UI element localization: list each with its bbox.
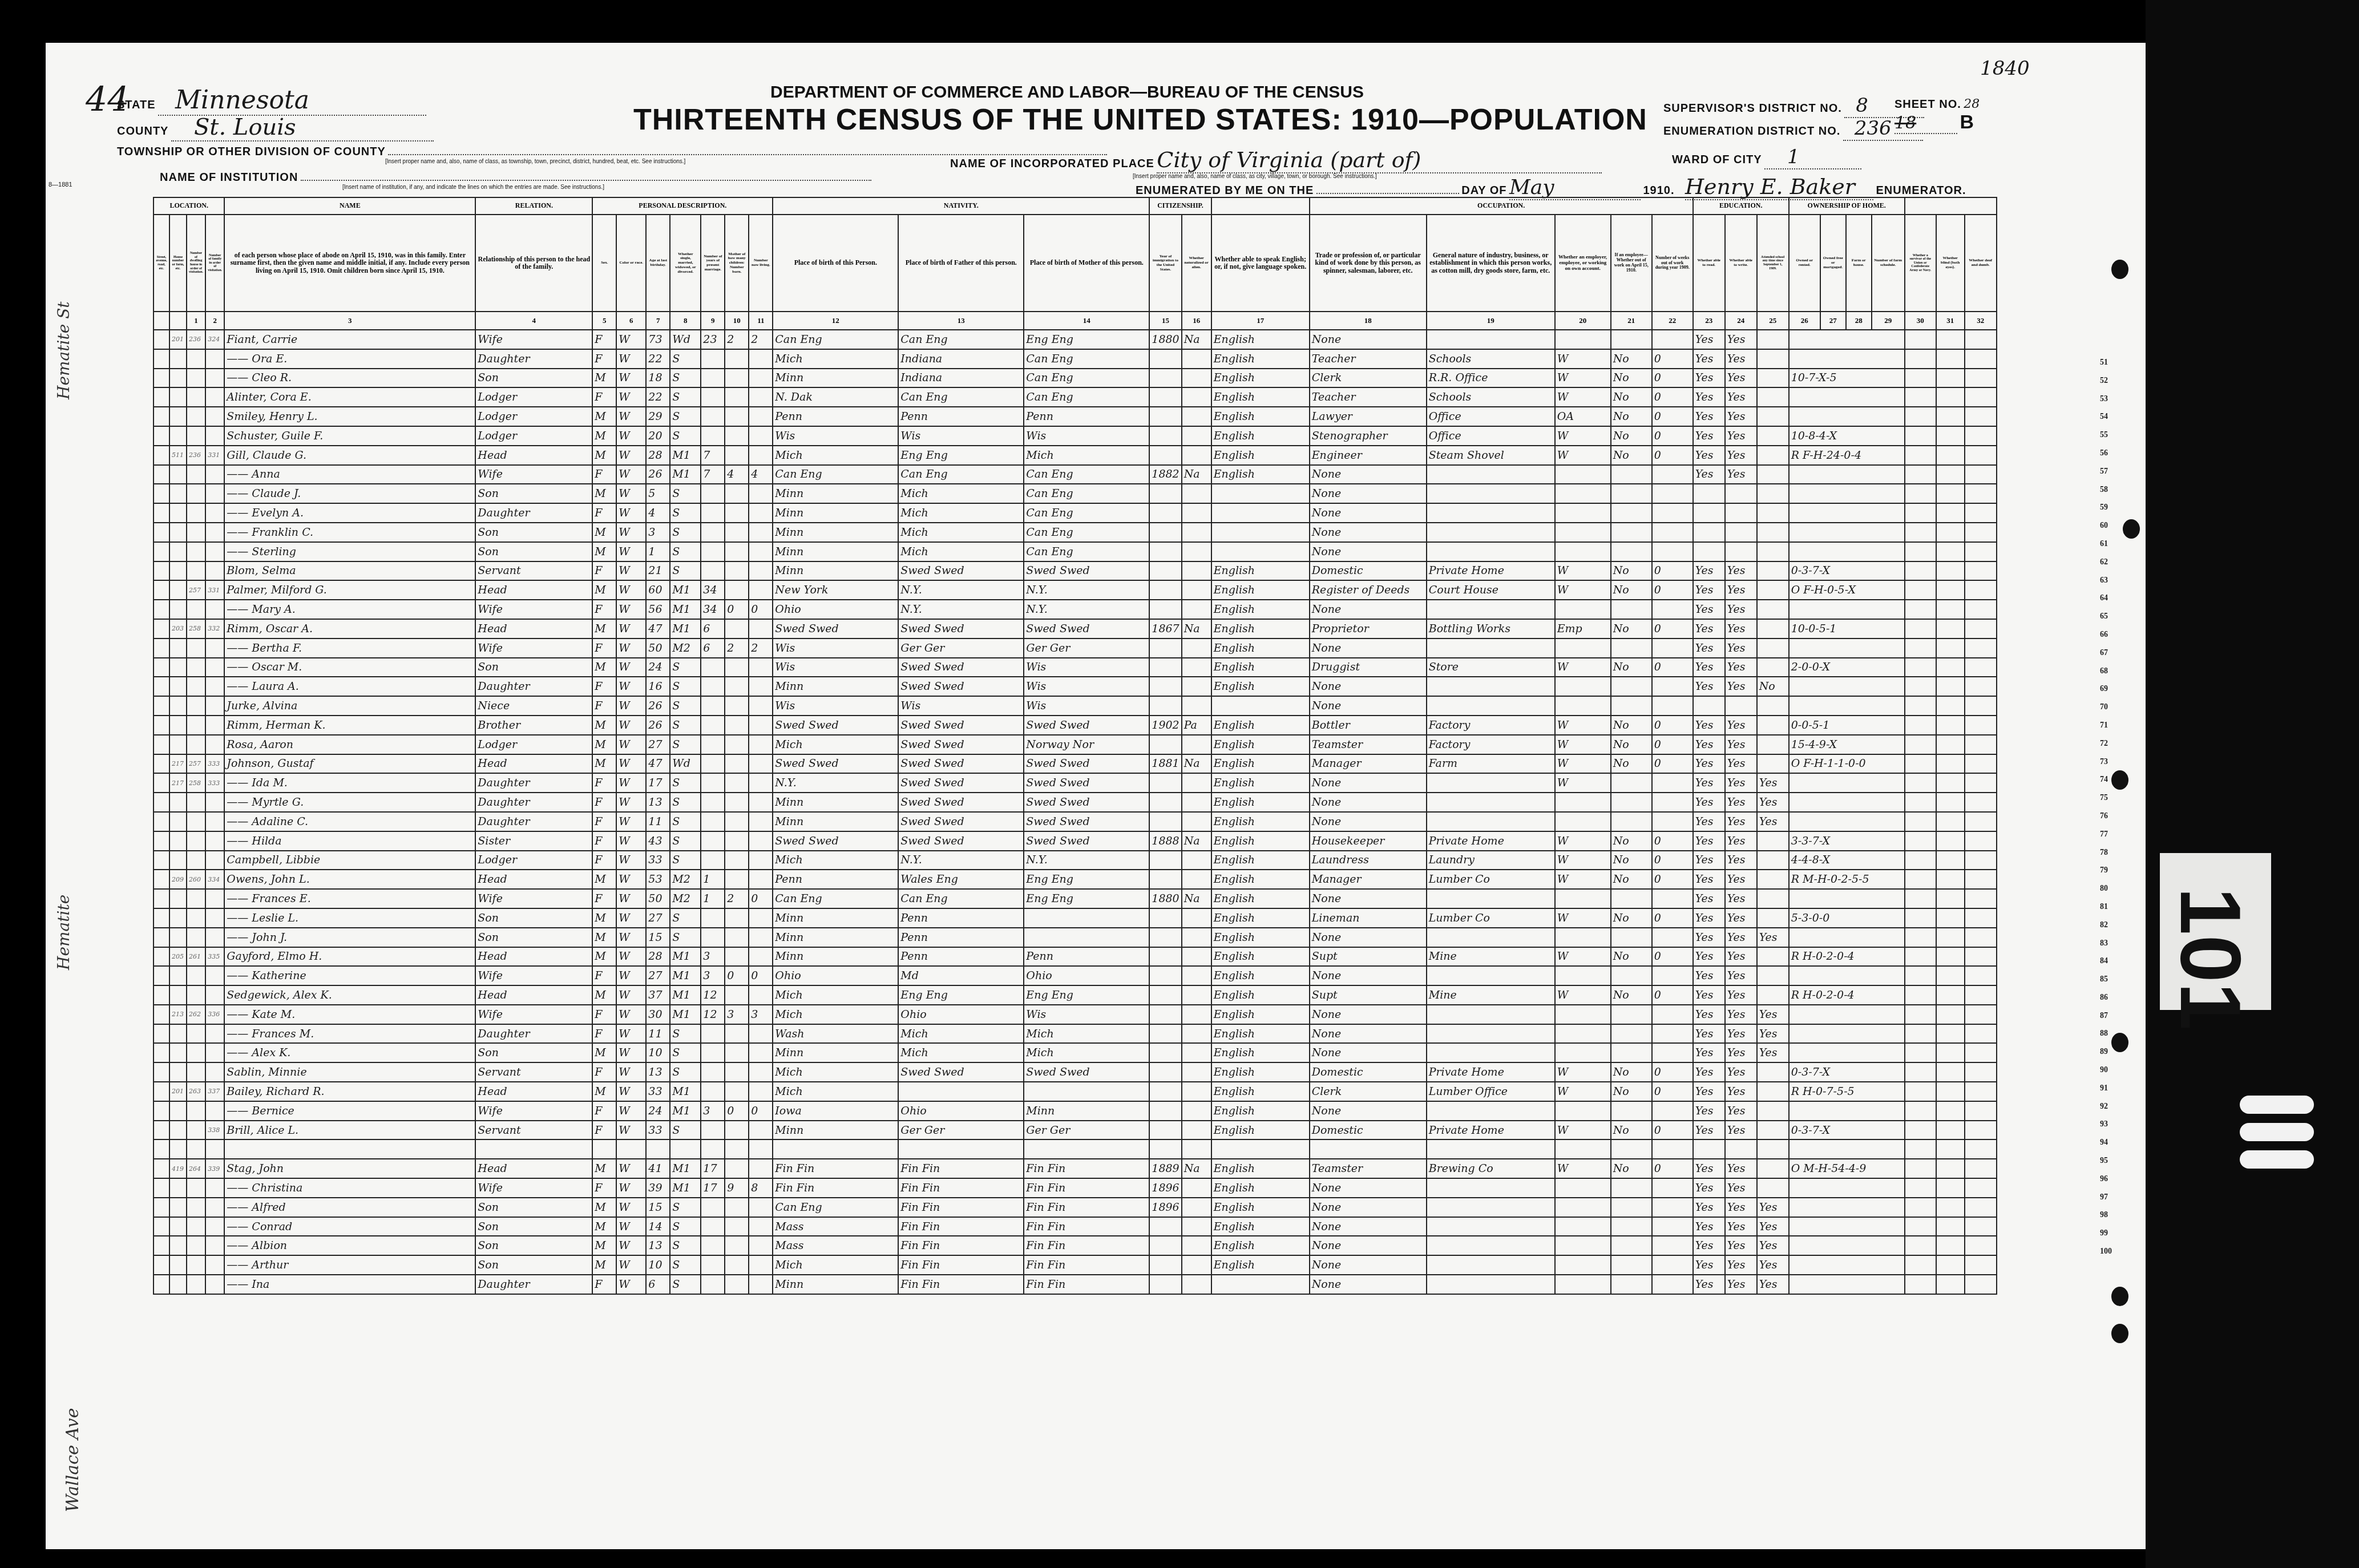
cell-born xyxy=(725,1255,749,1275)
cell-empty xyxy=(1965,465,1997,484)
cell-school: Yes xyxy=(1757,1024,1789,1044)
line-number: 79 xyxy=(2100,862,2134,880)
cell-industry: R.R. Office xyxy=(1427,369,1555,388)
cell-birth: Can Eng xyxy=(773,889,898,908)
cell-trade: None xyxy=(1310,1101,1427,1121)
cell-industry xyxy=(1427,1198,1555,1217)
cell-born xyxy=(725,387,749,407)
cell-natur xyxy=(1182,1236,1211,1255)
supervisor-district-field: SUPERVISOR'S DISTRICT NO. 8 xyxy=(1663,94,1924,118)
col-out-of-work-header: If an employee—Whether out of work on Ap… xyxy=(1611,215,1652,312)
cell-emp: W xyxy=(1555,1082,1611,1101)
cell-home: 0-3-7-X xyxy=(1789,561,1905,581)
cell-race: W xyxy=(616,1024,646,1044)
cell-read: Yes xyxy=(1693,966,1725,985)
cell-write: Yes xyxy=(1725,1121,1757,1140)
cell-write: Yes xyxy=(1725,561,1757,581)
cell-weeks xyxy=(1652,600,1693,619)
col-school-header: Attended school any time since September… xyxy=(1757,215,1789,312)
cell-immig: 1896 xyxy=(1149,1198,1181,1217)
cell-living: 0 xyxy=(749,600,773,619)
cell-read xyxy=(1693,503,1725,523)
punch-hole xyxy=(2123,519,2140,539)
cell-relation: Son xyxy=(475,369,592,388)
cell-empty xyxy=(1936,407,1965,426)
table-row: 338Brill, Alice L.ServantFW33SMinnGer Ge… xyxy=(154,1121,1997,1140)
cell-birth: Minn xyxy=(773,542,898,561)
colnum: 10 xyxy=(725,312,749,330)
cell-home xyxy=(1789,889,1905,908)
cell-industry: Private Home xyxy=(1427,1062,1555,1082)
cell-english: English xyxy=(1211,1005,1310,1024)
cell-mother: Penn xyxy=(1024,407,1149,426)
cell-home xyxy=(1789,638,1905,658)
cell-immig xyxy=(1149,1043,1181,1062)
cell-relation: Lodger xyxy=(475,735,592,754)
cell-living xyxy=(749,387,773,407)
cell-trade: None xyxy=(1310,696,1427,716)
cell-write: Yes xyxy=(1725,407,1757,426)
cell-birth: Minn xyxy=(773,1043,898,1062)
table-row: Campbell, LibbieLodgerFW33SMichN.Y.N.Y.E… xyxy=(154,851,1997,870)
cell-birth: Mich xyxy=(773,1255,898,1275)
cell-trade: Housekeeper xyxy=(1310,831,1427,851)
cell-relation: Son xyxy=(475,928,592,947)
cell-age: 14 xyxy=(646,1217,670,1236)
cell-house xyxy=(169,426,187,446)
cell-name: —— Claude J. xyxy=(224,484,475,503)
cell-home: O F-H-1-1-0-0 xyxy=(1789,754,1905,774)
cell-empty xyxy=(1936,561,1965,581)
cell-race: W xyxy=(616,851,646,870)
cell-english: English xyxy=(1211,619,1310,638)
table-row: —— KatherineWifeFW27M1300OhioMdOhioEngli… xyxy=(154,966,1997,985)
cell-out xyxy=(1611,1198,1652,1217)
col-house-number-header: House number or farm, etc. xyxy=(169,215,187,312)
cell-weeks: 0 xyxy=(1652,1062,1693,1082)
cell-relation: Daughter xyxy=(475,1024,592,1044)
cell-race: W xyxy=(616,619,646,638)
cell-father: Fin Fin xyxy=(898,1198,1024,1217)
cell-industry xyxy=(1427,484,1555,503)
cell-home xyxy=(1789,542,1905,561)
cell-empty xyxy=(1936,851,1965,870)
cell-english: English xyxy=(1211,870,1310,889)
cell-relation: Wife xyxy=(475,1101,592,1121)
cell-years-married xyxy=(701,754,725,774)
cell-family xyxy=(205,561,224,581)
cell-out: No xyxy=(1611,1082,1652,1101)
cell-family xyxy=(205,928,224,947)
cell-living xyxy=(749,1159,773,1178)
cell-weeks: 0 xyxy=(1652,985,1693,1005)
colnum: 27 xyxy=(1820,312,1846,330)
cell-write: Yes xyxy=(1725,426,1757,446)
cell-years-married xyxy=(701,1024,725,1044)
cell-father: N.Y. xyxy=(898,580,1024,600)
cell-empty xyxy=(154,831,169,851)
group-relation: RELATION. xyxy=(475,197,592,215)
cell-weeks: 0 xyxy=(1652,947,1693,967)
cell-emp: W xyxy=(1555,985,1611,1005)
cell-empty xyxy=(1936,1217,1965,1236)
cell-out xyxy=(1611,1005,1652,1024)
cell-empty xyxy=(1965,369,1997,388)
cell-out: No xyxy=(1611,908,1652,928)
margin-street-note: Hematite xyxy=(54,895,73,970)
cell-born: 2 xyxy=(725,330,749,349)
cell-emp xyxy=(1555,1178,1611,1198)
cell-english: English xyxy=(1211,1082,1310,1101)
table-row: 203258332Rimm, Oscar A.HeadMW47M16Swed S… xyxy=(154,619,1997,638)
cell-father: Fin Fin xyxy=(898,1275,1024,1294)
punch-hole xyxy=(2111,1287,2128,1306)
cell-immig xyxy=(1149,600,1181,619)
cell-immig xyxy=(1149,1217,1181,1236)
cell-empty xyxy=(1965,1043,1997,1062)
cell-home xyxy=(1789,793,1905,812)
cell-birth: Minn xyxy=(773,1275,898,1294)
sheet-number: 28 xyxy=(1964,97,1980,111)
cell-family xyxy=(205,793,224,812)
cell-dwelling xyxy=(187,1043,205,1062)
cell-race: W xyxy=(616,407,646,426)
cell-born xyxy=(725,349,749,369)
cell-house xyxy=(169,696,187,716)
col-veteran-header: Whether a survivor of the Union or Confe… xyxy=(1905,215,1936,312)
cell-english: English xyxy=(1211,793,1310,812)
cell-sex: F xyxy=(592,793,616,812)
cell-english: English xyxy=(1211,561,1310,581)
col-race-header: Color or race. xyxy=(616,215,646,312)
cell-born xyxy=(725,542,749,561)
cell-industry xyxy=(1427,1217,1555,1236)
cell-emp xyxy=(1555,812,1611,831)
cell-father: Penn xyxy=(898,947,1024,967)
cell-relation: Son xyxy=(475,523,592,542)
cell-age: 3 xyxy=(646,523,670,542)
cell-house xyxy=(169,1121,187,1140)
cell-empty xyxy=(1936,928,1965,947)
cell-relation: Brother xyxy=(475,716,592,735)
cell-years-married: 23 xyxy=(701,330,725,349)
cell-born xyxy=(725,851,749,870)
cell-living xyxy=(749,446,773,465)
cell-marital: M1 xyxy=(670,1178,701,1198)
group-occupation: OCCUPATION. xyxy=(1310,197,1693,215)
cell-empty xyxy=(154,523,169,542)
cell-empty xyxy=(1965,1275,1997,1294)
cell-born xyxy=(725,793,749,812)
table-row: —— Alex K.SonMW10SMinnMichMichEnglishNon… xyxy=(154,1043,1997,1062)
group-education: EDUCATION. xyxy=(1693,197,1789,215)
cell-industry: Court House xyxy=(1427,580,1555,600)
cell-empty xyxy=(154,369,169,388)
table-row: —— InaDaughterFW6SMinnFin FinFin FinNone… xyxy=(154,1275,1997,1294)
col-industry-header: General nature of industry, business, or… xyxy=(1427,215,1555,312)
col-relation-header: Relationship of this person to the head … xyxy=(475,215,592,312)
cell-write: Yes xyxy=(1725,465,1757,484)
cell-trade: Clerk xyxy=(1310,1082,1427,1101)
cell-race: W xyxy=(616,369,646,388)
cell-immig xyxy=(1149,387,1181,407)
cell-read: Yes xyxy=(1693,1121,1725,1140)
supervisor-label: SUPERVISOR'S DISTRICT NO. xyxy=(1663,102,1842,115)
cell-write: Yes xyxy=(1725,600,1757,619)
cell-marital: S xyxy=(670,851,701,870)
cell-living: 0 xyxy=(749,1101,773,1121)
cell-father: Swed Swed xyxy=(898,619,1024,638)
cell-school xyxy=(1757,696,1789,716)
cell-empty xyxy=(1905,870,1936,889)
cell-mother: Eng Eng xyxy=(1024,870,1149,889)
cell-empty xyxy=(1965,638,1997,658)
cell-marital: Wd xyxy=(670,330,701,349)
cell-name: —— Ida M. xyxy=(224,773,475,793)
cell-birth: Swed Swed xyxy=(773,716,898,735)
cell-house xyxy=(169,1101,187,1121)
cell-trade: Register of Deeds xyxy=(1310,580,1427,600)
cell-home: 0-3-7-X xyxy=(1789,1121,1905,1140)
table-row: 217258333—— Ida M.DaughterFW17SN.Y.Swed … xyxy=(154,773,1997,793)
cell-read: Yes xyxy=(1693,947,1725,967)
colnum: 2 xyxy=(205,312,224,330)
cell-industry xyxy=(1427,677,1555,696)
cell-birth: Mich xyxy=(773,349,898,369)
cell-relation: Wife xyxy=(475,600,592,619)
cell-out xyxy=(1611,928,1652,947)
cell-years-married xyxy=(701,561,725,581)
cell-emp: W xyxy=(1555,580,1611,600)
cell-house: 203 xyxy=(169,619,187,638)
cell-marital: S xyxy=(670,928,701,947)
cell-dwelling xyxy=(187,1178,205,1198)
cell-house xyxy=(169,542,187,561)
cell-immig: 1867 xyxy=(1149,619,1181,638)
cell-marital: S xyxy=(670,1062,701,1082)
cell-mother: Ger Ger xyxy=(1024,638,1149,658)
cell-family xyxy=(205,542,224,561)
cell-english: English xyxy=(1211,1043,1310,1062)
cell-out xyxy=(1611,889,1652,908)
cell-sex: M xyxy=(592,484,616,503)
cell-empty xyxy=(1905,1198,1936,1217)
cell-living xyxy=(749,1043,773,1062)
cell-years-married: 12 xyxy=(701,985,725,1005)
cell-immig xyxy=(1149,696,1181,716)
cell-marital: M1 xyxy=(670,600,701,619)
cell-birth: Minn xyxy=(773,928,898,947)
cell-school: Yes xyxy=(1757,1275,1789,1294)
cell-empty xyxy=(1905,735,1936,754)
cell-race: W xyxy=(616,580,646,600)
cell-sex: M xyxy=(592,928,616,947)
cell-father: Eng Eng xyxy=(898,446,1024,465)
cell-mother: Wis xyxy=(1024,696,1149,716)
cell-empty xyxy=(1965,580,1997,600)
township-label: TOWNSHIP OR OTHER DIVISION OF COUNTY xyxy=(117,146,386,158)
cell-house xyxy=(169,851,187,870)
cell-empty xyxy=(1965,484,1997,503)
cell-birth: Minn xyxy=(773,369,898,388)
cell-out: No xyxy=(1611,851,1652,870)
cell-name: Johnson, Gustaf xyxy=(224,754,475,774)
cell-family: 331 xyxy=(205,446,224,465)
cell-empty xyxy=(154,1005,169,1024)
cell-race: W xyxy=(616,889,646,908)
cell-mother: Can Eng xyxy=(1024,503,1149,523)
cell-trade: None xyxy=(1310,465,1427,484)
cell-write xyxy=(1725,503,1757,523)
cell-birth: N.Y. xyxy=(773,773,898,793)
cell-living xyxy=(749,580,773,600)
cell-empty xyxy=(1905,812,1936,831)
cell-race: W xyxy=(616,1082,646,1101)
cell-emp xyxy=(1555,600,1611,619)
cell-read: Yes xyxy=(1693,716,1725,735)
institution-label: NAME OF INSTITUTION xyxy=(160,171,298,184)
incorporated-label: NAME OF INCORPORATED PLACE xyxy=(950,157,1154,170)
cell-living xyxy=(749,1236,773,1255)
cell-weeks: 0 xyxy=(1652,754,1693,774)
cell-empty xyxy=(1965,561,1997,581)
cell-read xyxy=(1693,484,1725,503)
line-number: 64 xyxy=(2100,589,2134,608)
cell-relation: Head xyxy=(475,446,592,465)
cell-out: No xyxy=(1611,349,1652,369)
cell-race: W xyxy=(616,503,646,523)
line-number: 62 xyxy=(2100,553,2134,572)
colnum: 30 xyxy=(1905,312,1936,330)
cell-emp: W xyxy=(1555,369,1611,388)
col-blind-header: Whether blind (both eyes). xyxy=(1936,215,1965,312)
cell-emp xyxy=(1555,523,1611,542)
cell-family: 336 xyxy=(205,1005,224,1024)
cell-immig xyxy=(1149,503,1181,523)
cell-write: Yes xyxy=(1725,1043,1757,1062)
cell-living xyxy=(749,928,773,947)
cell-mother: Fin Fin xyxy=(1024,1198,1149,1217)
cell-emp: W xyxy=(1555,773,1611,793)
cell-mother: Ohio xyxy=(1024,966,1149,985)
cell-empty xyxy=(154,561,169,581)
film-marker-bars xyxy=(2240,1096,2274,1178)
cell-name: —— Evelyn A. xyxy=(224,503,475,523)
colnum: 12 xyxy=(773,312,898,330)
cell-weeks xyxy=(1652,1255,1693,1275)
cell-home xyxy=(1789,1198,1905,1217)
cell-years-married xyxy=(701,1062,725,1082)
cell-years-married xyxy=(701,426,725,446)
cell-age: 33 xyxy=(646,1121,670,1140)
cell-natur xyxy=(1182,1024,1211,1044)
cell-empty xyxy=(1936,985,1965,1005)
cell-trade: None xyxy=(1310,1005,1427,1024)
table-row: Alinter, Cora E.LodgerFW22SN. DakCan Eng… xyxy=(154,387,1997,407)
cell-dwelling: 236 xyxy=(187,446,205,465)
cell-born xyxy=(725,985,749,1005)
cell-sex: M xyxy=(592,407,616,426)
cell-empty xyxy=(1965,889,1997,908)
cell-emp: W xyxy=(1555,831,1611,851)
cell-born xyxy=(725,773,749,793)
cell-english: English xyxy=(1211,600,1310,619)
cell-empty xyxy=(1936,812,1965,831)
cell-family xyxy=(205,658,224,677)
cell-years-married xyxy=(701,812,725,831)
cell-family xyxy=(205,889,224,908)
cell-birth: Swed Swed xyxy=(773,754,898,774)
cell-empty xyxy=(154,1159,169,1178)
cell-dwelling: 263 xyxy=(187,1082,205,1101)
cell-living xyxy=(749,1024,773,1044)
cell-emp: W xyxy=(1555,735,1611,754)
cell-born xyxy=(725,407,749,426)
cell-birth: Minn xyxy=(773,677,898,696)
cell-years-married: 3 xyxy=(701,1101,725,1121)
cell-school xyxy=(1757,349,1789,369)
cell-name: —— Albion xyxy=(224,1236,475,1255)
table-row: —— Ora E.DaughterFW22SMichIndianaCan Eng… xyxy=(154,349,1997,369)
cell-emp: W xyxy=(1555,446,1611,465)
cell-english: English xyxy=(1211,831,1310,851)
cell-relation: Head xyxy=(475,870,592,889)
cell-house xyxy=(169,812,187,831)
cell-industry: Lumber Office xyxy=(1427,1082,1555,1101)
cell-school xyxy=(1757,1062,1789,1082)
cell-family xyxy=(205,387,224,407)
cell-age: 13 xyxy=(646,1062,670,1082)
cell-out xyxy=(1611,812,1652,831)
cell-school xyxy=(1757,658,1789,677)
cell-mother: N.Y. xyxy=(1024,600,1149,619)
cell-name: Palmer, Milford G. xyxy=(224,580,475,600)
col-years-married-header: Number of years of present marriage. xyxy=(701,215,725,312)
cell-empty xyxy=(1905,793,1936,812)
cell-out: No xyxy=(1611,387,1652,407)
cell-birth: Minn xyxy=(773,484,898,503)
cell-write: Yes xyxy=(1725,870,1757,889)
cell-empty xyxy=(154,1198,169,1217)
cell-empty xyxy=(1965,1255,1997,1275)
cell-empty xyxy=(1936,1043,1965,1062)
sheet-number-field: SHEET NO. 28 18 B xyxy=(1895,97,1980,134)
cell-emp: OA xyxy=(1555,407,1611,426)
cell-immig xyxy=(1149,1236,1181,1255)
cell-out: No xyxy=(1611,716,1652,735)
cell-father: Ohio xyxy=(898,1101,1024,1121)
cell-living xyxy=(749,754,773,774)
cell-out xyxy=(1611,484,1652,503)
cell-living xyxy=(749,870,773,889)
cell-house xyxy=(169,1236,187,1255)
cell-trade: Proprietor xyxy=(1310,619,1427,638)
cell-empty xyxy=(1965,330,1997,349)
cell-born xyxy=(725,1024,749,1044)
cell-living xyxy=(749,1255,773,1275)
cell-natur: Pa xyxy=(1182,716,1211,735)
cell-marital: S xyxy=(670,1024,701,1044)
cell-race: W xyxy=(616,1178,646,1198)
cell-home xyxy=(1789,523,1905,542)
cell-mother: Minn xyxy=(1024,1101,1149,1121)
cell-born xyxy=(725,1121,749,1140)
line-number: 87 xyxy=(2100,1007,2134,1025)
cell-race: W xyxy=(616,966,646,985)
cell-name: —— Franklin C. xyxy=(224,523,475,542)
cell-living xyxy=(749,696,773,716)
cell-sex: M xyxy=(592,1236,616,1255)
